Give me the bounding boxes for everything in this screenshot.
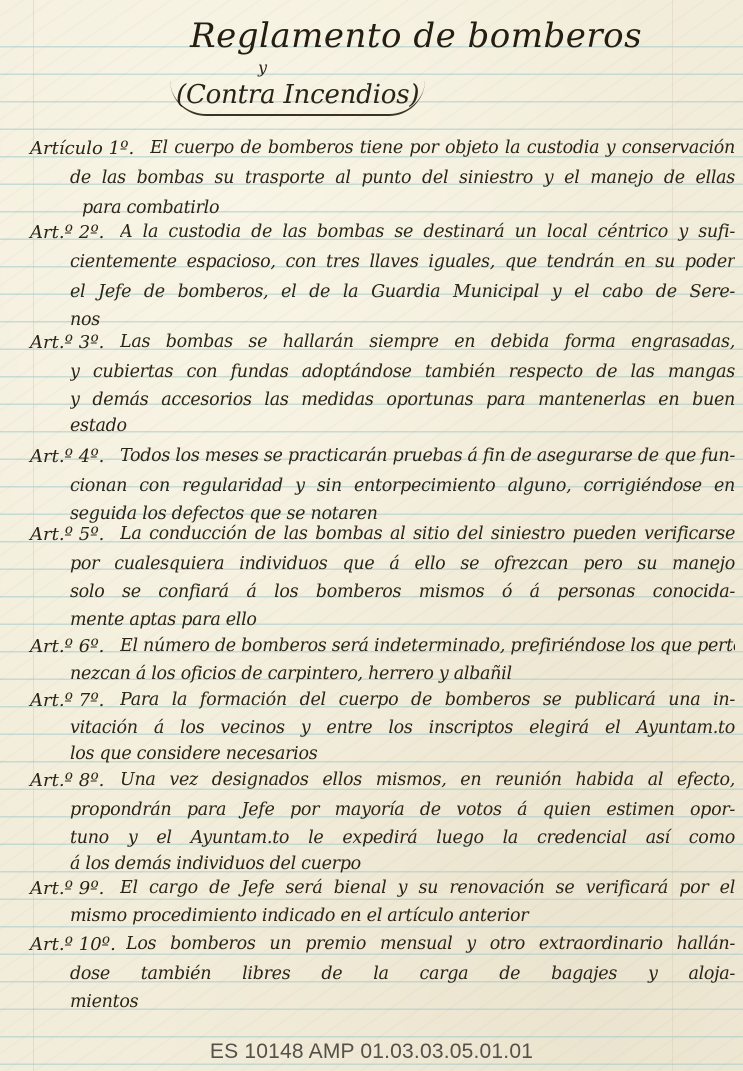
article-line: nezcan á los oficios de carpintero, herr… xyxy=(70,664,735,684)
article-label: Art.º 10º. xyxy=(30,934,116,955)
article-line: propondrán para Jefe por mayoría de voto… xyxy=(70,800,735,820)
article-line: seguida los defectos que se notaren xyxy=(70,504,470,524)
article-label: Artículo 1º. xyxy=(30,138,134,159)
article-line: dose también libres de la carga de bagaj… xyxy=(70,964,735,984)
article-label: Art.º 8º. xyxy=(30,770,104,791)
subtitle-connector: y xyxy=(258,58,267,77)
article-label: Art.º 3º. xyxy=(30,332,104,353)
article-line: tuno y el Ayuntam.to le expedirá luego l… xyxy=(70,828,735,848)
article-line: mismo procedimiento indicado en el artíc… xyxy=(70,906,670,926)
article-line: Los bomberos un premio mensual y otro ex… xyxy=(126,934,735,954)
article-line: mente aptas para ello xyxy=(70,610,470,630)
article-line: Una vez designados ellos mismos, en reun… xyxy=(120,770,735,790)
article-line: nos xyxy=(70,310,270,330)
title-text: Reglamento de bomberos xyxy=(190,16,642,56)
article-line: á los demás individuos del cuerpo xyxy=(70,854,470,874)
article-label: Art.º 5º. xyxy=(30,524,104,545)
article-line: vitación á los vecinos y entre los inscr… xyxy=(70,718,735,738)
article-line: de las bombas su trasporte al punto del … xyxy=(70,168,735,188)
article-line: Para la formación del cuerpo de bomberos… xyxy=(120,690,735,710)
document-title: Reglamento de bomberos xyxy=(190,16,642,56)
article-line: cionan con regularidad y sin entorpecimi… xyxy=(70,476,735,496)
article-line: para combatirlo xyxy=(82,198,482,218)
article-line: los que considere necesarios xyxy=(70,744,470,764)
article-label: Art.º 4º. xyxy=(30,446,104,467)
article-line: Todos los meses se practicarán pruebas á… xyxy=(120,446,735,466)
article-line: y cubiertas con fundas adoptándose tambi… xyxy=(70,362,735,382)
manuscript-page: Reglamento de bomberos y (Contra Incendi… xyxy=(0,0,743,1071)
article-label: Art.º 2º. xyxy=(30,222,104,243)
article-label: Art.º 6º. xyxy=(30,636,104,657)
article-line: cientemente espacioso, con tres llaves i… xyxy=(70,252,735,272)
article-line: La conducción de las bombas al sitio del… xyxy=(120,524,735,544)
article-line: solo se confiará á los bomberos mismos ó… xyxy=(70,582,735,602)
article-label: Art.º 7º. xyxy=(30,690,104,711)
article-line: estado xyxy=(70,416,270,436)
article-line: El número de bomberos será indeterminado… xyxy=(120,636,735,656)
article-line: por cualesquiera individuos que á ello s… xyxy=(70,554,735,574)
article-label: Art.º 9º. xyxy=(30,878,104,899)
archive-reference: ES 10148 AMP 01.03.03.05.01.01 xyxy=(0,1040,743,1064)
document-subtitle: (Contra Incendios) xyxy=(170,80,425,116)
article-line: El cuerpo de bomberos tiene por objeto l… xyxy=(150,138,735,158)
article-line: El cargo de Jefe será bienal y su renova… xyxy=(120,878,735,898)
article-line: mientos xyxy=(70,992,270,1012)
article-line: Las bombas se hallarán siempre en debida… xyxy=(120,332,735,352)
article-line: el Jefe de bomberos, el de la Guardia Mu… xyxy=(70,282,735,302)
article-line: A la custodia de las bombas se destinará… xyxy=(120,222,735,242)
article-line: y demás accesorios las medidas oportunas… xyxy=(70,390,735,410)
